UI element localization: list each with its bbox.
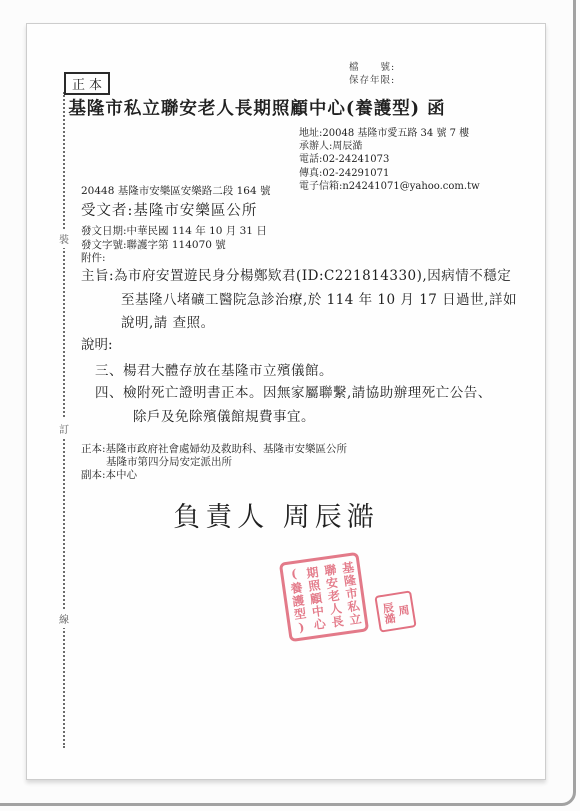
original-copy-stamp: 正本 (64, 72, 110, 95)
distribution-block: 正本:基隆市政府社會處婦幼及救助科、基隆市安樂區公所 基隆市第四分局安定派出所 … (81, 443, 347, 482)
distribution-original-line-1: 正本:基隆市政府社會處婦幼及救助科、基隆市安樂區公所 (81, 443, 347, 456)
name-seal-column-2: 辰澔 (379, 601, 396, 625)
name-seal: 周 辰澔 (374, 590, 416, 632)
file-number-label: 檔 號: (349, 62, 395, 75)
subject-line-3: 說明,請 查照。 (121, 312, 517, 336)
sender-info-block: 地址:20048 基隆市愛五路 34 號 7 樓 承辦人:周辰澔 電話:02-2… (299, 127, 480, 193)
sender-address-line: 地址:20048 基隆市愛五路 34 號 7 樓 (299, 127, 480, 140)
description-heading: 說明: (81, 333, 113, 353)
recipient-address: 20448 基隆市安樂區安樂路二段 164 號 (81, 183, 270, 198)
email-line: 電子信箱:n24241071@yahoo.com.tw (299, 180, 480, 193)
distribution-copy-line: 副本:本中心 (81, 469, 347, 482)
attachment-line: 附件: (81, 252, 267, 266)
issue-number-line: 發文字號:聯護字第 114070 號 (81, 239, 267, 253)
screenshot-canvas: 裝 訂 線 正本 檔 號: 保存年限: 基隆市私立聯安老人長期照顧中心(養護型)… (0, 0, 580, 811)
name-seal-column-1: 周 (395, 604, 411, 617)
fax-line: 傳真:02-24291071 (299, 167, 480, 180)
organization-seal: 基隆市私立 聯安老人長 期照顧中心 (養護型) (279, 552, 369, 642)
doc-meta-block: 發文日期:中華民國 114 年 10 月 31 日 發文字號:聯護字第 1140… (81, 225, 267, 266)
subject-line-1: 主旨:為市府安置遊民身分楊鄭欵君(ID:C221814330),因病情不穩定 (81, 265, 517, 289)
recipient-line: 受文者:基隆市安樂區公所 (81, 199, 257, 220)
retention-period-label: 保存年限: (349, 75, 395, 88)
issue-date-line: 發文日期:中華民國 114 年 10 月 31 日 (81, 225, 267, 239)
signature-line: 負責人 周辰澔 (27, 495, 525, 534)
description-item-4-line-2: 除戶及免除殯儀館規費事宜。 (133, 406, 492, 430)
file-number-block: 檔 號: 保存年限: (349, 62, 395, 87)
document-title: 基隆市私立聯安老人長期照顧中心(養護型) 函 (57, 95, 457, 120)
binding-mark-xian: 線 (57, 609, 71, 628)
binding-mark-ding: 訂 (57, 419, 71, 438)
subject-block: 主旨:為市府安置遊民身分楊鄭欵君(ID:C221814330),因病情不穩定 至… (81, 265, 517, 336)
description-item-3: 三、楊君大體存放在基隆市立殯儀館。 (95, 359, 333, 379)
scanned-letter-page: 裝 訂 線 正本 檔 號: 保存年限: 基隆市私立聯安老人長期照顧中心(養護型)… (26, 23, 546, 780)
distribution-original-line-2: 基隆市第四分局安定派出所 (106, 456, 347, 469)
description-item-4-line-1: 四、檢附死亡證明書正本。因無家屬聯繫,請協助辦理死亡公告、 (95, 382, 492, 406)
subject-line-2: 至基隆八堵礦工醫院急診治療,於 114 年 10 月 17 日過世,詳如 (121, 289, 517, 313)
binding-mark-zhuang: 裝 (57, 229, 71, 248)
contact-person-line: 承辦人:周辰澔 (299, 140, 480, 153)
phone-line: 電話:02-24241073 (299, 153, 480, 166)
description-item-4: 四、檢附死亡證明書正本。因無家屬聯繫,請協助辦理死亡公告、 除戶及免除殯儀館規費… (95, 382, 492, 429)
